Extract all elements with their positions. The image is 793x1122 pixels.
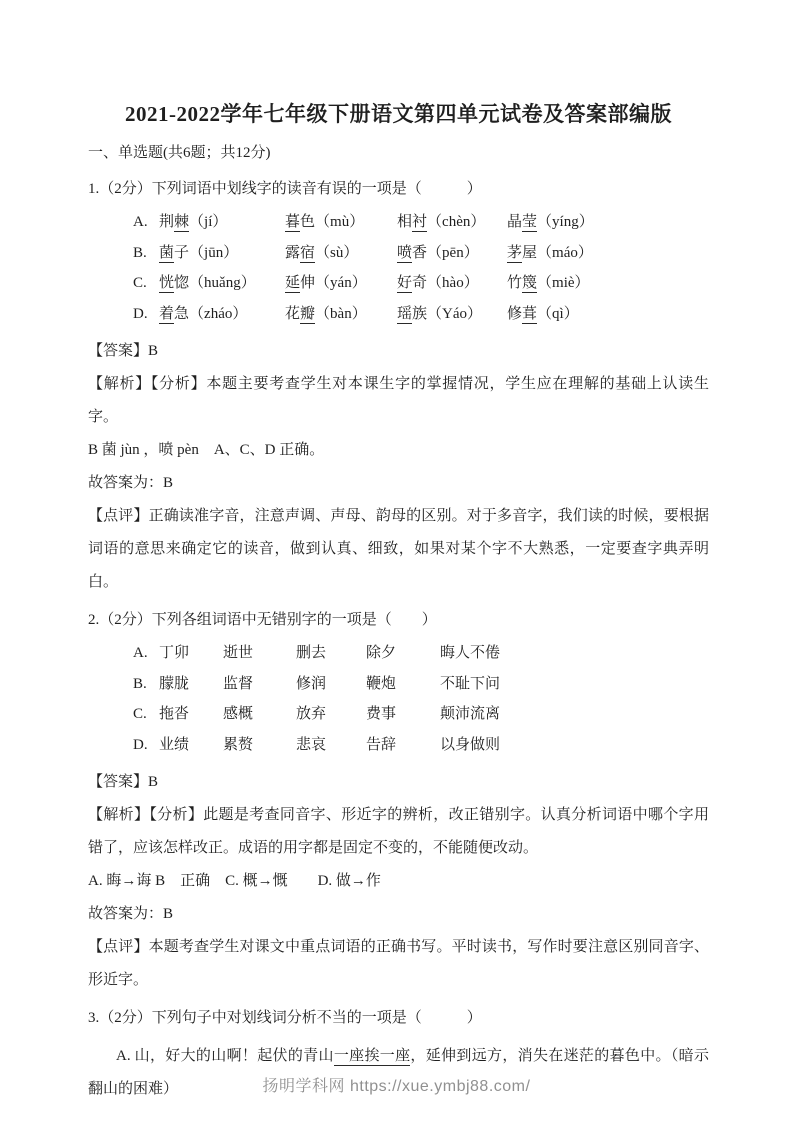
underlined-char: 着 [159,306,174,324]
q1-option-d: D. 着急（zháo） 花瓣（bàn） 瑶族（Yáo） 修葺（qì） [133,299,709,330]
q2-stem: 2.（2分）下列各组词语中无错别字的一项是（ ） [88,605,709,636]
word-segment: 花 [285,306,300,322]
underlined-char: 篾 [522,275,537,293]
word-segment: 修 [507,306,522,322]
word-cell: 着急（zháo） [159,299,285,330]
q1-options: A. 荆棘（jí） 暮色（mù） 相衬（chèn） 晶莹（yíng） B. 菌子… [133,207,709,329]
word-segment: 晶 [507,214,522,230]
q1-conclusion-line: 故答案为：B [88,467,709,500]
word-cell: 累赘 [223,730,296,761]
document-title: 2021-2022学年七年级下册语文第四单元试卷及答案部编版 [88,94,709,134]
word-cell: 逝世 [223,638,296,669]
q2-comment-paragraph: 【点评】本题考查学生对课文中重点词语的正确书写。平时读书，写作时要注意区别同音字… [88,931,709,997]
pinyin: （mù） [315,214,364,230]
underlined-char: 棘 [174,214,189,232]
q1-option-c: C. 恍惚（huǎng） 延伸（yán） 好奇（hào） 竹篾（miè） [133,268,709,299]
word-cell: 丁卯 [159,638,223,669]
pinyin: （jūn） [189,245,238,261]
pinyin: （chèn） [427,214,485,230]
word-cell: 喷香（pēn） [397,238,507,269]
word-segment: 荆 [159,214,174,230]
option-label: D. [133,730,159,761]
underlined-char: 好 [397,275,412,293]
word-segment: 香 [412,245,427,261]
word-cell: 业绩 [159,730,223,761]
word-cell: 茅屋（máo） [507,238,593,269]
pinyin: （sù） [315,245,358,261]
pinyin: （Yáo） [427,306,482,322]
q2-analysis-paragraph: 【解析】【分析】此题是考查同音字、形近字的辨析，改正错别字。认真分析词语中哪个字… [88,799,709,865]
underlined-char: 茅 [507,245,522,263]
word-cell: 放弃 [296,699,366,730]
underlined-char: 延 [285,275,300,293]
underlined-char: 衬 [412,214,427,232]
option-label: A. [133,207,159,238]
option-label: D. [133,299,159,330]
underlined-phrase: 一座挨一座 [334,1048,411,1066]
pinyin: （yán） [315,275,367,291]
word-cell: 露宿（sù） [285,238,397,269]
word-cell: 感概 [223,699,296,730]
word-cell: 花瓣（bàn） [285,299,397,330]
exam-paper-page: 2021-2022学年七年级下册语文第四单元试卷及答案部编版 一、单选题(共6题… [0,0,793,1122]
word-segment: 急 [174,306,189,322]
word-cell: 恍惚（huǎng） [159,268,285,299]
word-cell: 延伸（yán） [285,268,397,299]
q2-answer-line: 【答案】B [88,766,709,799]
sentence-segment: A. 山，好大的山啊！起伏的青山 [116,1048,334,1064]
q2-conclusion-line: 故答案为：B [88,898,709,931]
q1-answer-line: 【答案】B [88,335,709,368]
q2-options: A. 丁卯 逝世 删去 除夕 晦人不倦 B. 朦胧 监督 修润 鞭炮 不耻下问 … [133,638,709,760]
word-cell: 鞭炮 [366,669,440,700]
word-cell: 瑶族（Yáo） [397,299,507,330]
pinyin: （zháo） [189,306,247,322]
pinyin: （pēn） [427,245,479,261]
word-cell: 删去 [296,638,366,669]
word-cell: 晦人不倦 [440,638,500,669]
option-label: B. [133,238,159,269]
document-content: 2021-2022学年七年级下册语文第四单元试卷及答案部编版 一、单选题(共6题… [88,94,709,1106]
word-cell: 监督 [223,669,296,700]
pinyin: （hào） [427,275,479,291]
option-label: A. [133,638,159,669]
word-cell: 荆棘（jí） [159,207,285,238]
pinyin: （qì） [537,306,579,322]
q1-analysis-paragraph: 【解析】【分析】本题主要考查学生对本课生字的掌握情况，学生应在理解的基础上认读生… [88,368,709,434]
word-segment: 相 [397,214,412,230]
word-cell: 除夕 [366,638,440,669]
pinyin: （máo） [537,245,593,261]
underlined-char: 喷 [397,245,412,263]
option-label: B. [133,669,159,700]
word-cell: 费事 [366,699,440,730]
word-cell: 晶莹（yíng） [507,207,594,238]
word-segment: 子 [174,245,189,261]
word-cell: 朦胧 [159,669,223,700]
word-cell: 修润 [296,669,366,700]
word-segment: 惚 [174,275,189,291]
word-cell: 竹篾（miè） [507,268,590,299]
pinyin: （yíng） [537,214,594,230]
word-segment: 伸 [300,275,315,291]
pinyin: （huǎng） [189,275,256,291]
word-cell: 相衬（chèn） [397,207,507,238]
q2-option-c: C. 拖沓 感概 放弃 费事 颠沛流离 [133,699,709,730]
word-cell: 告辞 [366,730,440,761]
pinyin: （jí） [189,214,227,230]
q3-stem: 3.（2分）下列句子中对划线词分析不当的一项是（ ） [88,1003,709,1034]
pinyin: （miè） [537,275,590,291]
word-segment: 露 [285,245,300,261]
q1-option-a: A. 荆棘（jí） 暮色（mù） 相衬（chèn） 晶莹（yíng） [133,207,709,238]
q2-option-d: D. 业绩 累赘 悲哀 告辞 以身做则 [133,730,709,761]
word-cell: 颠沛流离 [440,699,500,730]
underlined-char: 恍 [159,275,174,293]
word-cell: 悲哀 [296,730,366,761]
underlined-char: 宿 [300,245,315,263]
word-segment: 色 [300,214,315,230]
pinyin: （bàn） [315,306,367,322]
section-heading: 一、单选题(共6题；共12分) [88,138,709,168]
option-label: C. [133,699,159,730]
q1-option-b: B. 菌子（jūn） 露宿（sù） 喷香（pēn） 茅屋（máo） [133,238,709,269]
question-2: 2.（2分）下列各组词语中无错别字的一项是（ ） A. 丁卯 逝世 删去 除夕 … [88,605,709,997]
word-cell: 拖沓 [159,699,223,730]
site-footer: 扬明学科网 https://xue.ymbj88.com/ [0,1073,793,1096]
word-cell: 以身做则 [440,730,500,761]
underlined-char: 瑶 [397,306,412,324]
question-1: 1.（2分）下列词语中划线字的读音有误的一项是（ ） A. 荆棘（jí） 暮色（… [88,174,709,599]
word-segment: 屋 [522,245,537,261]
q1-stem: 1.（2分）下列词语中划线字的读音有误的一项是（ ） [88,174,709,205]
q2-detail-line: A. 晦→诲 B 正确 C. 概→慨 D. 做→作 [88,865,709,898]
word-segment: 竹 [507,275,522,291]
underlined-char: 莹 [522,214,537,232]
word-cell: 不耻下问 [440,669,500,700]
word-cell: 菌子（jūn） [159,238,285,269]
underlined-char: 菌 [159,245,174,263]
word-cell: 修葺（qì） [507,299,579,330]
option-label: C. [133,268,159,299]
q2-option-b: B. 朦胧 监督 修润 鞭炮 不耻下问 [133,669,709,700]
q2-option-a: A. 丁卯 逝世 删去 除夕 晦人不倦 [133,638,709,669]
word-cell: 暮色（mù） [285,207,397,238]
underlined-char: 葺 [522,306,537,324]
word-segment: 奇 [412,275,427,291]
q1-comment-paragraph: 【点评】正确读准字音，注意声调、声母、韵母的区别。对于多音字，我们读的时候，要根… [88,500,709,599]
underlined-char: 暮 [285,214,300,232]
q1-detail-line: B 菌 jùn ，喷 pèn A、C、D 正确。 [88,434,709,467]
underlined-char: 瓣 [300,306,315,324]
word-segment: 族 [412,306,427,322]
word-cell: 好奇（hào） [397,268,507,299]
